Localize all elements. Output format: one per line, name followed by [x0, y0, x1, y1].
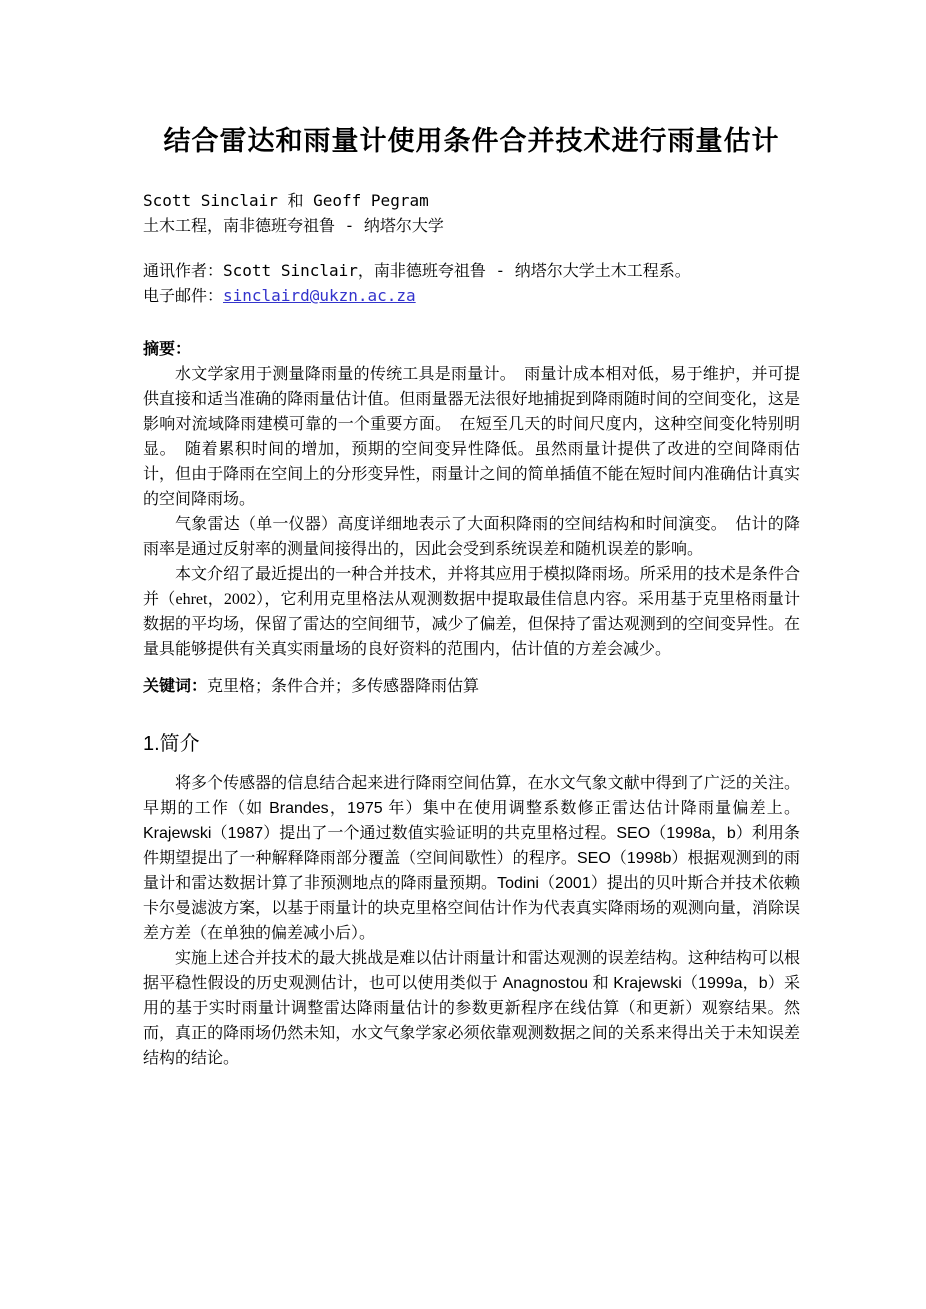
keywords-text: 克里格；条件合并；多传感器降雨估算: [207, 678, 479, 695]
correspondence-text: Scott Sinclair，南非德班夸祖鲁 - 纳塔尔大学土木工程系。: [223, 261, 691, 280]
paper-page: 结合雷达和雨量计使用条件合并技术进行雨量估计 Scott Sinclair 和 …: [0, 0, 926, 1309]
email-link[interactable]: sinclaird@ukzn.ac.za: [223, 286, 416, 305]
section-1-paragraph-2: 实施上述合并技术的最大挑战是难以估计雨量计和雷达观测的误差结构。这种结构可以根据…: [143, 946, 800, 1071]
authors-line: Scott Sinclair 和 Geoff Pegram: [143, 188, 800, 213]
paper-title: 结合雷达和雨量计使用条件合并技术进行雨量估计: [143, 0, 800, 160]
abstract-paragraph-2: 气象雷达（单一仪器）高度详细地表示了大面积降雨的空间结构和时间演变。 估计的降雨…: [143, 512, 800, 562]
affiliation-line: 土木工程，南非德班夸祖鲁 - 纳塔尔大学: [143, 213, 800, 238]
section-1-heading: 1.简介: [143, 731, 800, 757]
email-label: 电子邮件：: [143, 286, 223, 305]
correspondence-line: 通讯作者：Scott Sinclair，南非德班夸祖鲁 - 纳塔尔大学土木工程系…: [143, 258, 800, 283]
section-1-paragraph-1: 将多个传感器的信息结合起来进行降雨空间估算，在水文气象文献中得到了广泛的关注。早…: [143, 771, 800, 946]
keywords-line: 关键词：克里格；条件合并；多传感器降雨估算: [143, 674, 800, 699]
correspondence-label: 通讯作者：: [143, 261, 223, 280]
keywords-label: 关键词：: [143, 678, 207, 695]
abstract-paragraph-3: 本文介绍了最近提出的一种合并技术，并将其应用于模拟降雨场。所采用的技术是条件合并…: [143, 562, 800, 662]
abstract-paragraph-1: 水文学家用于测量降雨量的传统工具是雨量计。 雨量计成本相对低，易于维护，并可提供…: [143, 362, 800, 512]
abstract-heading: 摘要：: [143, 337, 800, 362]
email-line: 电子邮件：sinclaird@ukzn.ac.za: [143, 283, 800, 308]
